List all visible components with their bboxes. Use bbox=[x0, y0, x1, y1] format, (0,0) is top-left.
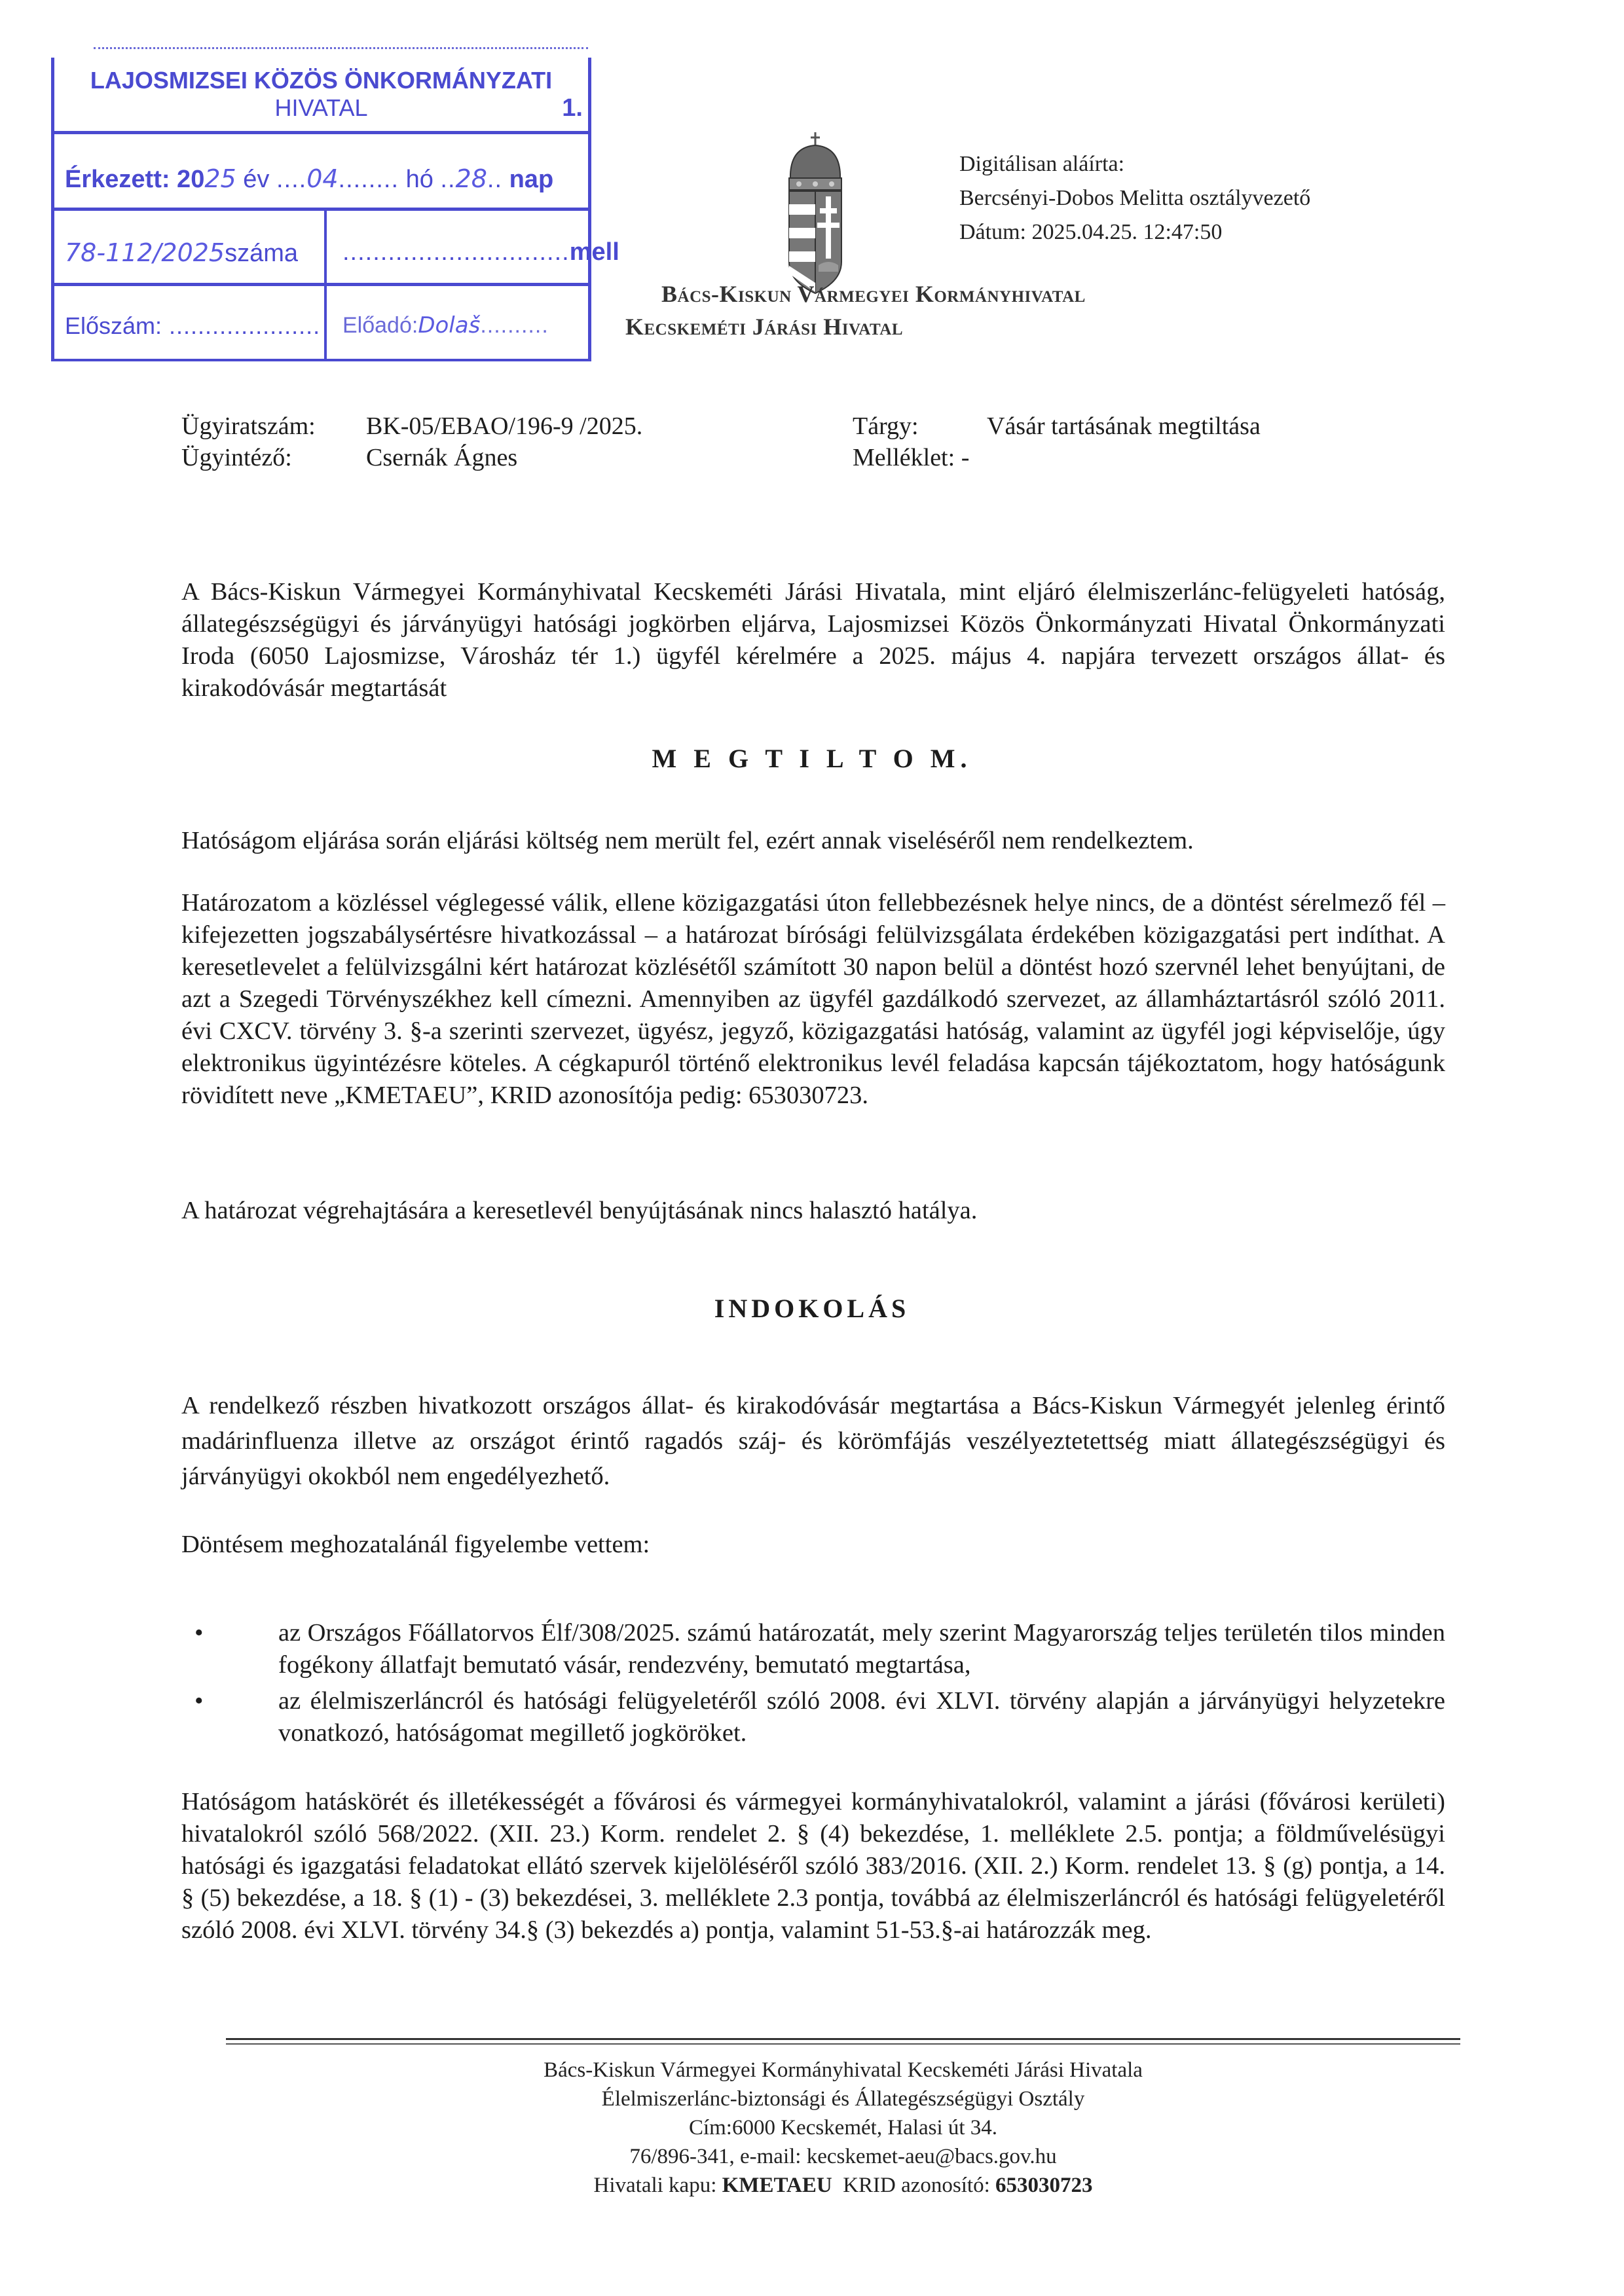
officer-row: Ügyintéző:Csernák Ágnes bbox=[181, 443, 517, 473]
footer-divider-secondary bbox=[226, 2043, 1460, 2045]
reasoning-heading: INDOKOLÁS bbox=[0, 1293, 1624, 1324]
registry-number-label: száma bbox=[225, 240, 298, 267]
stamp-number: 1. bbox=[562, 94, 583, 122]
competence-paragraph: Hatóságom hatáskörét és illetékességét a… bbox=[181, 1786, 1445, 1946]
previous-number-label: Előszám: bbox=[65, 312, 162, 339]
stamp-top-border bbox=[94, 47, 588, 49]
footer-org: Bács-Kiskun Vármegyei Kormányhivatal Kec… bbox=[226, 2056, 1460, 2085]
list-item-text: az Országos Főállatorvos Élf/308/2025. s… bbox=[278, 1619, 1445, 1679]
case-number-row: Ügyiratszám:BK-05/EBAO/196-9 /2025. bbox=[181, 411, 642, 441]
footer-address: Cím:6000 Kecskemét, Halasi út 34. bbox=[226, 2113, 1460, 2142]
gateway-label: Hivatali kapu: bbox=[594, 2174, 717, 2197]
reasoning-paragraph: A rendelkező részben hivatkozott országo… bbox=[181, 1388, 1445, 1494]
received-label: Érkezett: 20 bbox=[65, 166, 204, 193]
org-name-line2: Kecskeméti Járási Hivatal bbox=[625, 313, 903, 340]
costs-paragraph: Hatóságom eljárása során eljárási költsé… bbox=[181, 825, 1445, 857]
attachment-label: mell bbox=[570, 238, 619, 266]
footer-department: Élelmiszerlánc-biztonsági és Állategészs… bbox=[226, 2085, 1460, 2113]
day-label: nap bbox=[509, 166, 554, 193]
stamp-title-line1: LAJOSMIZSEI KÖZÖS ÖNKORMÁNYZATI bbox=[54, 67, 588, 94]
signer-name: Bercsényi-Dobos Melitta osztályvezető bbox=[959, 181, 1310, 215]
subject-label: Tárgy: bbox=[853, 411, 987, 441]
decision-heading: M E G T I L T O M. bbox=[0, 743, 1624, 774]
intro-paragraph: A Bács-Kiskun Vármegyei Kormányhivatal K… bbox=[181, 576, 1445, 704]
day-handwritten: 28 bbox=[456, 164, 487, 193]
hungarian-coat-of-arms-icon bbox=[783, 131, 848, 295]
subject-row: Tárgy:Vásár tartásának megtiltása bbox=[853, 411, 1261, 441]
list-item: • az élelmiszerláncról és hatósági felüg… bbox=[181, 1685, 1445, 1749]
legal-remedy-paragraph: Határozatom a közléssel véglegessé válik… bbox=[181, 887, 1445, 1112]
list-item: • az Országos Főállatorvos Élf/308/2025.… bbox=[181, 1617, 1445, 1681]
stamp-title-line2: HIVATAL bbox=[54, 94, 588, 122]
presenter-handwritten: Dolaš bbox=[418, 312, 480, 338]
list-item-text: az élelmiszerláncról és hatósági felügye… bbox=[278, 1687, 1445, 1747]
signature-title: Digitálisan aláírta: bbox=[959, 147, 1310, 181]
gateway-value: KMETAEU bbox=[722, 2174, 832, 2197]
month-label: hó bbox=[406, 166, 434, 193]
presenter-label: Előadó: bbox=[342, 313, 418, 338]
stamp-received-row: Érkezett: 2025 év ....04........ hó ..28… bbox=[54, 134, 588, 211]
footer: Bács-Kiskun Vármegyei Kormányhivatal Kec… bbox=[226, 2056, 1460, 2200]
case-number-label: Ügyiratszám: bbox=[181, 411, 366, 441]
considered-intro: Döntésem meghozatalánál figyelembe vette… bbox=[181, 1529, 1445, 1561]
footer-gateway: Hivatali kapu: KMETAEU KRID azonosító: 6… bbox=[226, 2171, 1460, 2200]
org-name-line1: Bács-Kiskun Vármegyei Kormányhivatal bbox=[661, 280, 1086, 308]
case-number: BK-05/EBAO/196-9 /2025. bbox=[366, 412, 642, 440]
officer-name: Csernák Ágnes bbox=[366, 444, 517, 471]
subject: Vásár tartásának megtiltása bbox=[987, 412, 1261, 440]
stamp-previous-row: Előszám: ..................... Előadó:Do… bbox=[54, 286, 588, 355]
attachment-label: Melléklet: bbox=[853, 444, 955, 471]
year-label: év bbox=[243, 166, 269, 193]
digital-signature: Digitálisan aláírta: Bercsényi-Dobos Mel… bbox=[959, 147, 1310, 249]
krid-value: 653030723 bbox=[995, 2174, 1093, 2197]
officer-label: Ügyintéző: bbox=[181, 443, 366, 473]
footer-contact: 76/896-341, e-mail: kecskemet-aeu@bacs.g… bbox=[226, 2142, 1460, 2171]
stamp-header: LAJOSMIZSEI KÖZÖS ÖNKORMÁNYZATI HIVATAL … bbox=[54, 58, 588, 134]
attachment-row: Melléklet: - bbox=[853, 443, 969, 473]
registration-stamp: LAJOSMIZSEI KÖZÖS ÖNKORMÁNYZATI HIVATAL … bbox=[51, 58, 591, 361]
bullet-icon: • bbox=[194, 1617, 203, 1649]
month-handwritten: 04 bbox=[306, 164, 338, 193]
attachment-value: - bbox=[961, 444, 970, 471]
received-year-handwritten: 25 bbox=[204, 164, 236, 193]
stamp-number-row: 78-112/2025száma .......................… bbox=[54, 211, 588, 286]
stamp-divider bbox=[324, 211, 327, 359]
signature-date: Dátum: 2025.04.25. 12:47:50 bbox=[959, 215, 1310, 249]
bullet-icon: • bbox=[194, 1685, 203, 1717]
krid-label: KRID azonosító: bbox=[843, 2174, 990, 2197]
registry-number-handwritten: 78-112/2025 bbox=[65, 238, 225, 267]
footer-divider bbox=[226, 2038, 1460, 2040]
suspension-paragraph: A határozat végrehajtására a keresetlevé… bbox=[181, 1195, 1445, 1227]
considered-list: • az Országos Főállatorvos Élf/308/2025.… bbox=[181, 1617, 1445, 1753]
